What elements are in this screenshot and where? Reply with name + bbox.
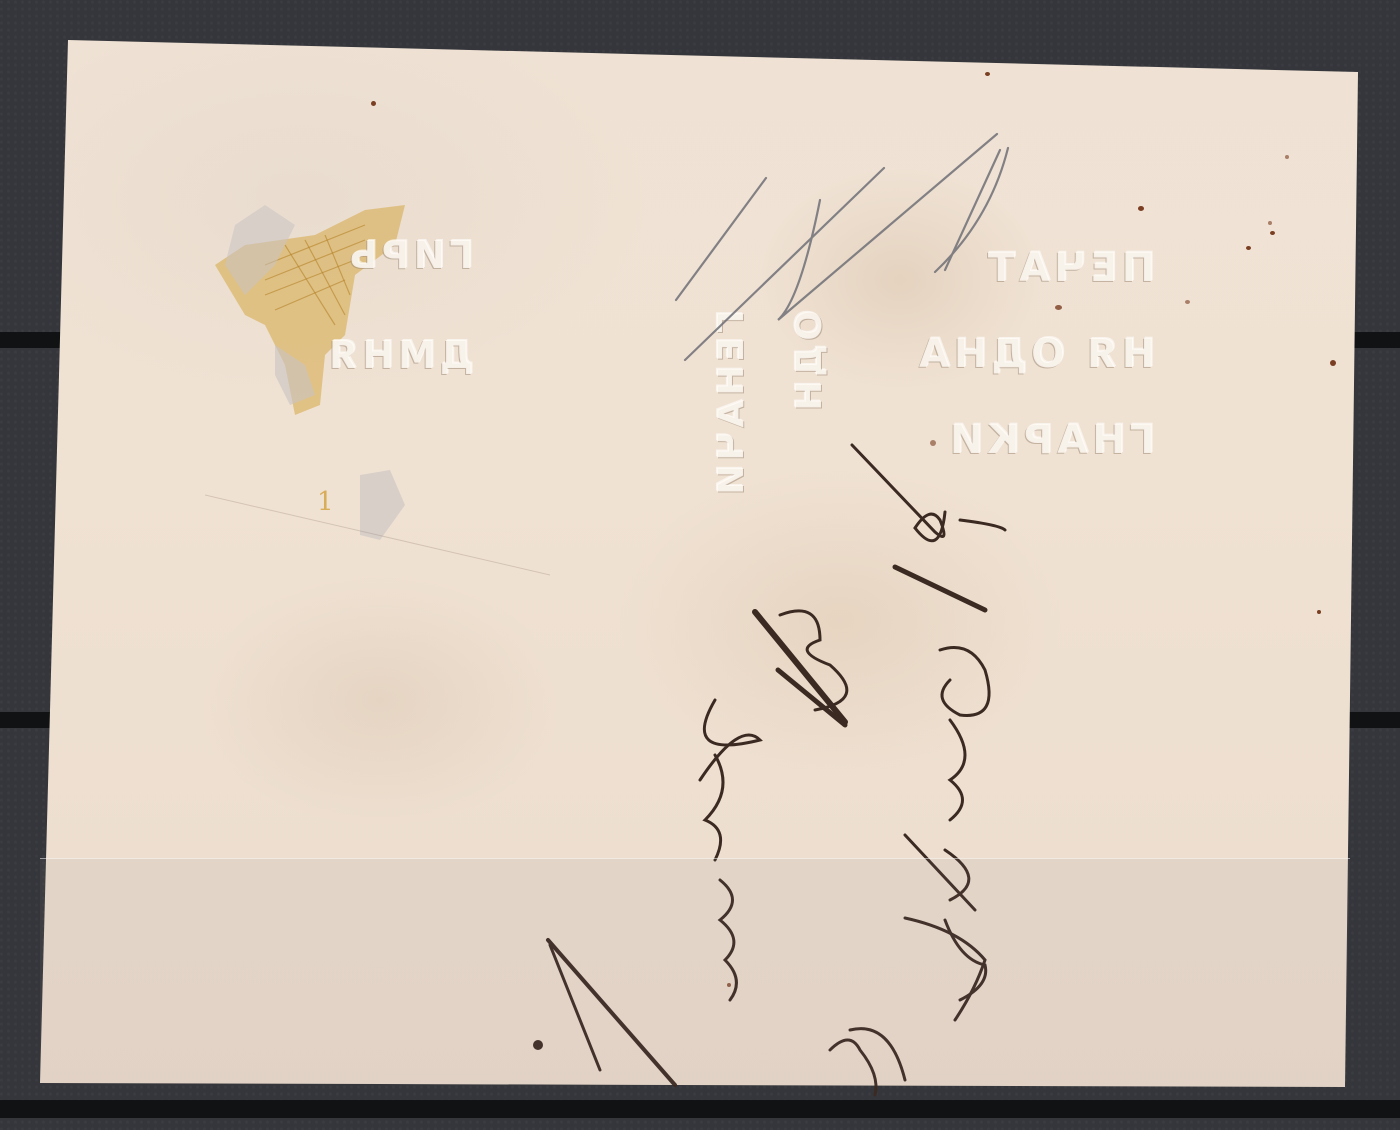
stockcard-sleeve bbox=[0, 858, 1400, 1099]
pencil-marks bbox=[676, 134, 1008, 360]
